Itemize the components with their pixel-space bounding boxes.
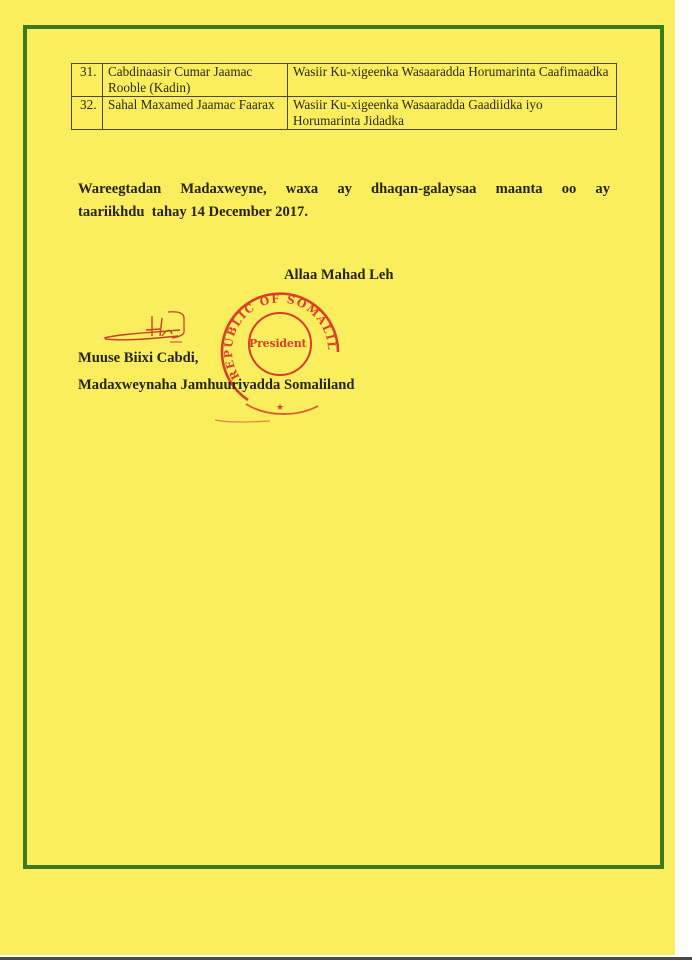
decree-paragraph: Wareegtadan Madaxweyne, waxa ay dhaqan-g… — [78, 178, 610, 224]
ministers-table: 31. Cabdinaasir Cumar Jaamac Rooble (Kad… — [71, 63, 617, 130]
decree-line-1: Wareegtadan Madaxweyne, waxa ay dhaqan-g… — [78, 178, 610, 201]
minister-position: Wasiir Ku-xigeenka Wasaaradda Horumarint… — [288, 64, 617, 97]
svg-text:REPUBLIC OF SOMALILA: REPUBLIC OF SOMALILA — [210, 282, 338, 382]
stamp-center-text: President — [249, 337, 306, 350]
signature-icon — [100, 308, 195, 348]
presidential-stamp-icon: REPUBLIC OF SOMALILA ★ — [210, 282, 350, 427]
minister-name: Sahal Maxamed Jaamac Faarax — [103, 97, 288, 130]
minister-name: Cabdinaasir Cumar Jaamac Rooble (Kadin) — [103, 64, 288, 97]
signer-title: Madaxweynaha Jamhuuriyadda Somaliland — [78, 377, 355, 394]
row-number: 31. — [72, 64, 103, 97]
svg-text:★: ★ — [276, 402, 284, 412]
page-border-frame — [23, 25, 664, 869]
row-number: 32. — [72, 97, 103, 130]
table-row: 32. Sahal Maxamed Jaamac Faarax Wasiir K… — [72, 97, 617, 130]
minister-position: Wasiir Ku-xigeenka Wasaaradda Gaadiidka … — [288, 97, 617, 130]
decree-line-2: taariikhdu tahay 14 December 2017. — [78, 204, 308, 220]
table-row: 31. Cabdinaasir Cumar Jaamac Rooble (Kad… — [72, 64, 617, 97]
signer-name: Muuse Biixi Cabdi, — [78, 350, 198, 367]
